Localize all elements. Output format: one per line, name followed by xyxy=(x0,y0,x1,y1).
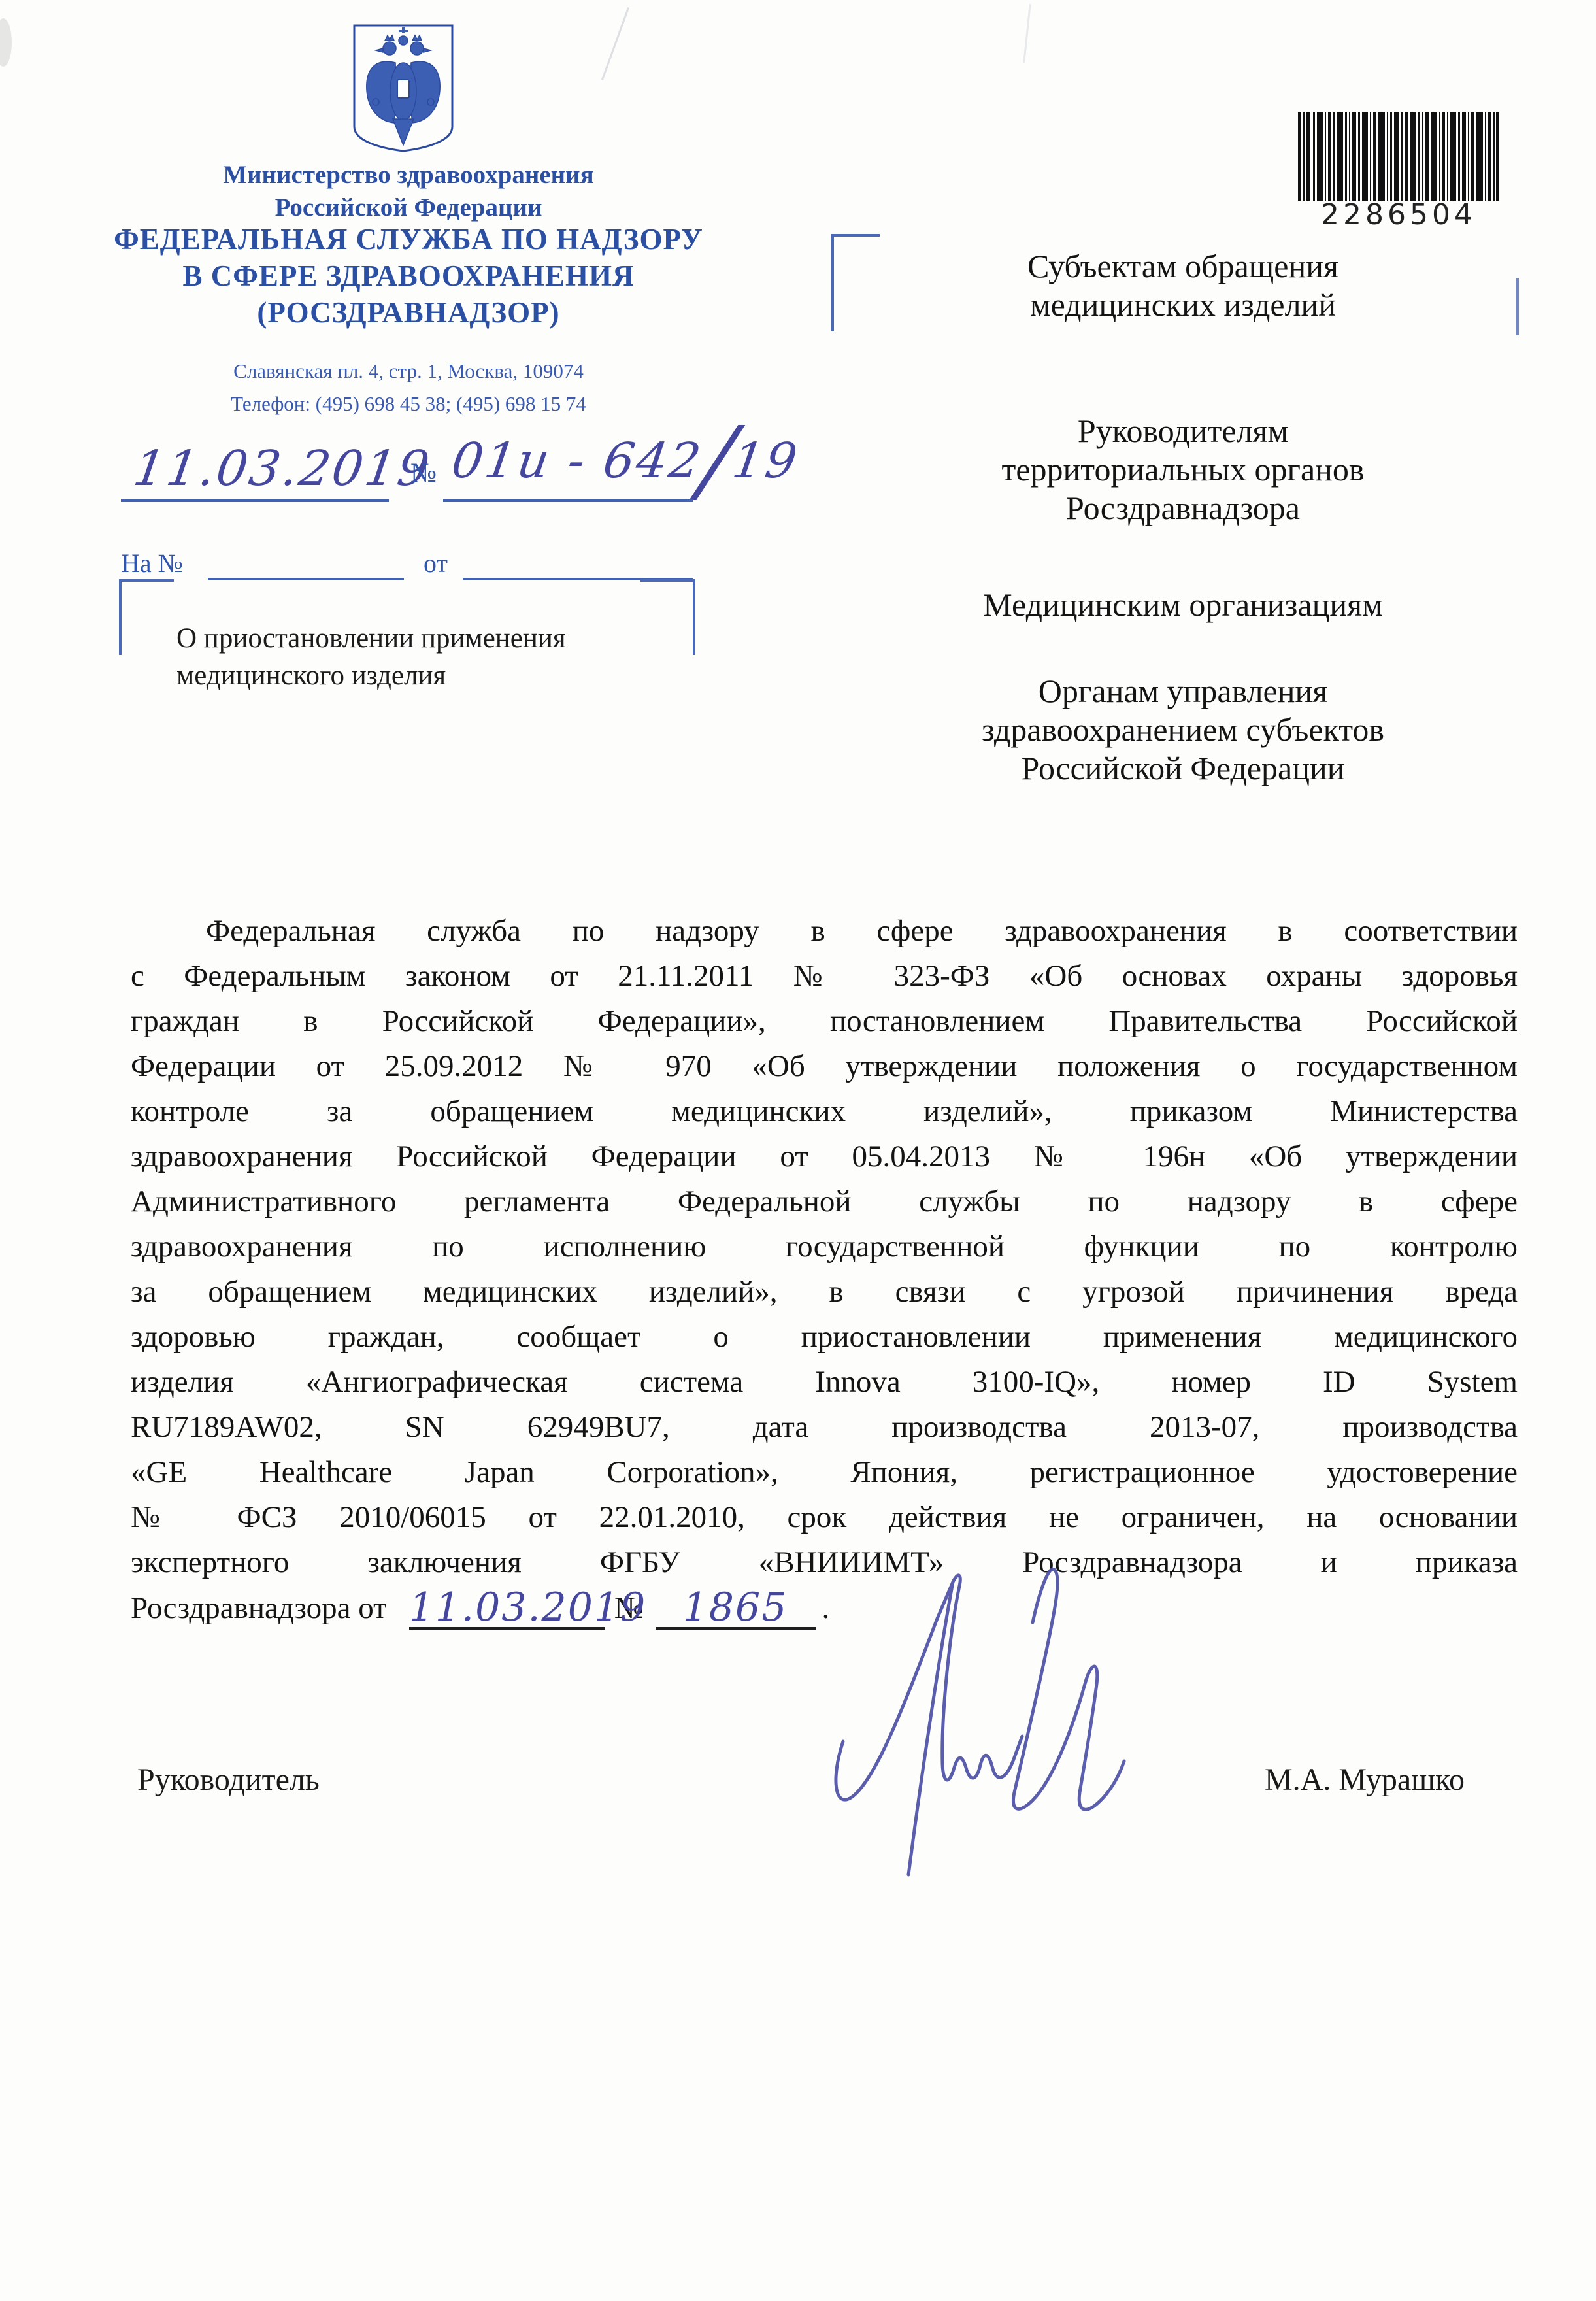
service-name: ФЕДЕРАЛЬНАЯ СЛУЖБА ПО НАДЗОРУ В СФЕРЕ ЗД… xyxy=(78,221,739,331)
recipient-line: территориальных органов xyxy=(869,450,1497,489)
org-contacts: Славянская пл. 4, стр. 1, Москва, 109074… xyxy=(78,355,739,420)
incoming-ref-from-label: от xyxy=(424,548,448,579)
ministry-line: Российской Федерации xyxy=(78,192,739,224)
org-phone: Телефон: (495) 698 45 38; (495) 698 15 7… xyxy=(78,388,739,420)
ref-date-handwritten: 11.03.2019 xyxy=(131,445,434,493)
body-line: «GE Healthcare Japan Corporation», Япони… xyxy=(131,1450,1518,1495)
body-line: здоровью граждан, сообщает о приостановл… xyxy=(131,1315,1518,1360)
body-line: здравоохранения по исполнению государств… xyxy=(131,1224,1518,1269)
body-line: Федеральная служба по надзору в сфере зд… xyxy=(131,909,1518,954)
org-address: Славянская пл. 4, стр. 1, Москва, 109074 xyxy=(78,355,739,388)
body-line: экспертного заключения ФГБУ «ВНИИИМТ» Ро… xyxy=(131,1540,1518,1585)
service-line: (РОСЗДРАВНАДЗОР) xyxy=(78,294,739,331)
ref-number-handwritten: 01и - 642/19 xyxy=(449,437,802,485)
body-line: изделия «Ангиографическая система Innova… xyxy=(131,1360,1518,1405)
recipient-line: здравоохранением субъектов xyxy=(869,711,1497,749)
signatory-name: М.А. Мурашко xyxy=(1265,1762,1465,1798)
ref-number-sign: № xyxy=(410,458,437,489)
recipient-group: Органам управленияздравоохранением субъе… xyxy=(869,672,1497,788)
recipient-line: Росздравнадзора xyxy=(869,489,1497,528)
coat-of-arms-icon xyxy=(351,22,456,154)
signature-autograph-icon xyxy=(825,1568,1132,1888)
recipient-line: Медицинским организациям xyxy=(869,586,1497,624)
recipient-line: медицинских изделий xyxy=(869,286,1497,324)
document-page: Министерство здравоохранения Российской … xyxy=(0,0,1596,2301)
ministry-name: Министерство здравоохранения Российской … xyxy=(78,159,739,224)
body-line: Административного регламента Федеральной… xyxy=(131,1179,1518,1224)
signature-title: Руководитель xyxy=(137,1762,320,1798)
body-paragraph: Федеральная служба по надзору в сфере зд… xyxy=(131,909,1518,1631)
order-number-handwritten: 1865 xyxy=(656,1588,816,1630)
service-line: В СФЕРЕ ЗДРАВООХРАНЕНИЯ xyxy=(78,258,739,294)
incoming-ref-label: На № xyxy=(121,548,183,579)
recipient-line: Субъектам обращения xyxy=(869,247,1497,286)
service-line: ФЕДЕРАЛЬНАЯ СЛУЖБА ПО НАДЗОРУ xyxy=(78,221,739,258)
ref-number-part: 01и - 642 xyxy=(448,433,706,489)
ref-number-underline xyxy=(443,499,693,502)
body-line: здравоохранения Российской Федерации от … xyxy=(131,1134,1518,1179)
subject-text: О приостановлении применения медицинског… xyxy=(176,620,765,694)
scan-smudge xyxy=(0,18,12,67)
body-last-line: Росздравнадзора от11.03.2019№1865. xyxy=(131,1585,1518,1631)
addressee-corner-bracket-right xyxy=(1516,278,1519,335)
body-line: граждан в Российской Федерации», постано… xyxy=(131,999,1518,1044)
recipient-line: Российской Федерации xyxy=(869,749,1497,788)
subject-line: медицинского изделия xyxy=(176,657,765,694)
recipient-line: Органам управления xyxy=(869,672,1497,711)
barcode xyxy=(1298,112,1499,201)
recipient-group: Субъектам обращениямедицинских изделий xyxy=(869,247,1497,324)
recipients-block: Субъектам обращениямедицинских изделий Р… xyxy=(869,247,1497,788)
body-line: Федерации от 25.09.2012 № 970 «Об утверж… xyxy=(131,1044,1518,1089)
order-date-handwritten: 11.03.2019 xyxy=(409,1588,605,1630)
barcode-number: 2286504 xyxy=(1298,198,1499,231)
scan-smudge xyxy=(601,7,629,80)
body-line: с Федеральным законом от 21.11.2011 № 32… xyxy=(131,954,1518,999)
recipient-group: Медицинским организациям xyxy=(869,586,1497,624)
body-last-prefix: Росздравнадзора от xyxy=(131,1591,387,1625)
ref-number-year: 19 xyxy=(729,433,802,489)
body-lines: Федеральная служба по надзору в сфере зд… xyxy=(131,909,1518,1585)
subject-corner-bracket-left xyxy=(119,579,174,655)
body-line: за обращением медицинских изделий», в св… xyxy=(131,1269,1518,1315)
recipient-group: Руководителямтерриториальных органовРосз… xyxy=(869,412,1497,528)
body-line: контроле за обращением медицинских издел… xyxy=(131,1089,1518,1134)
ref-date-underline xyxy=(121,499,389,502)
recipient-line: Руководителям xyxy=(869,412,1497,450)
body-line: № ФСЗ 2010/06015 от 22.01.2010, срок дей… xyxy=(131,1495,1518,1540)
body-line: RU7189AW02, SN 62949BU7, дата производст… xyxy=(131,1405,1518,1450)
subject-line: О приостановлении применения xyxy=(176,620,765,657)
scan-smudge xyxy=(1023,4,1031,63)
incoming-ref-underline xyxy=(208,578,404,580)
ministry-line: Министерство здравоохранения xyxy=(78,159,739,192)
